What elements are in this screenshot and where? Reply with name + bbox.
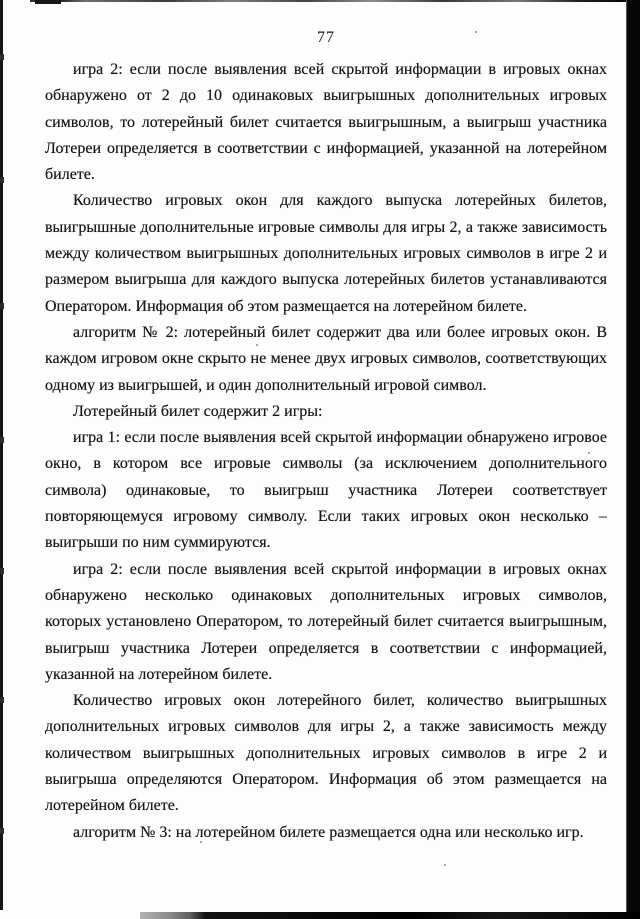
scan-edge-left [0,0,3,910]
scan-tick [0,177,4,183]
text-line: одному из выигрышей, и один дополнительн… [45,373,607,399]
text-line: размером выигрыша для каждого выпуска ло… [45,267,607,293]
scan-tick [0,303,4,309]
text-line: выигрыша определяются Оператором. Информ… [45,767,607,793]
text-line: обнаружено несколько одинаковых дополнит… [45,583,607,609]
text-line: алгоритм № 2: лотерейный билет содержит … [45,320,607,346]
scan-tick [0,54,4,60]
text-line: указанной на лотерейном билете. [45,662,607,688]
scan-edge-bottom [140,912,640,919]
document-body: игра 2: если после выявления всей скрыто… [45,57,607,846]
text-line: Количество игровых окон для каждого выпу… [45,188,607,214]
text-line: выигрышные дополнительные игровые символ… [45,215,607,241]
text-line: игра 1: если после выявления всей скрыто… [45,425,607,451]
text-line: повторяющемуся игровому символу. Если та… [45,504,607,530]
text-line: выигрыш участника Лотереи определяется в… [45,636,607,662]
text-line: символов, то лотерейный билет считается … [45,110,607,136]
page-number: 77 [45,28,607,48]
text-line: Лотереи определяется в соответствии с ин… [45,136,607,162]
text-line: билете. [45,162,607,188]
text-line: игра 2: если после выявления всей скрыто… [45,57,607,83]
text-line: лотерейном билете. [45,793,607,819]
text-line: Оператором. Информация об этом размещает… [45,294,607,320]
scan-tick [0,697,4,703]
text-line: обнаружено от 2 до 10 одинаковых выигрыш… [45,83,607,109]
text-line: окно, в котором все игровые символы (за … [45,451,607,477]
text-line: каждом игровом окне скрыто не менее двух… [45,346,607,372]
scan-speckle [444,864,446,866]
text-line: дополнительных игровых символов для игры… [45,714,607,740]
text-line: алгоритм № 3: на лотерейном билете разме… [45,820,607,846]
text-line: Количество игровых окон лотерейного биле… [45,688,607,714]
scan-tick [0,437,4,443]
text-line: которых установлено Оператором, то лотер… [45,609,607,635]
scan-edge-top-mark [35,0,61,4]
scanned-document-page: 77 игра 2: если после выявления всей скр… [0,0,640,919]
text-line: количеством выигрышных дополнительных иг… [45,741,607,767]
text-line: игра 2: если после выявления всей скрыто… [45,557,607,583]
text-line: Лотерейный билет содержит 2 игры: [45,399,607,425]
text-line: символа) одинаковые, то выигрыш участник… [45,478,607,504]
scan-tick [0,828,4,834]
scan-edge-right [626,0,640,919]
scan-tick [0,568,4,574]
scan-edge-top [30,0,640,2]
text-line: между количеством выигрышных дополнитель… [45,241,607,267]
text-line: выигрыши по ним суммируются. [45,530,607,556]
